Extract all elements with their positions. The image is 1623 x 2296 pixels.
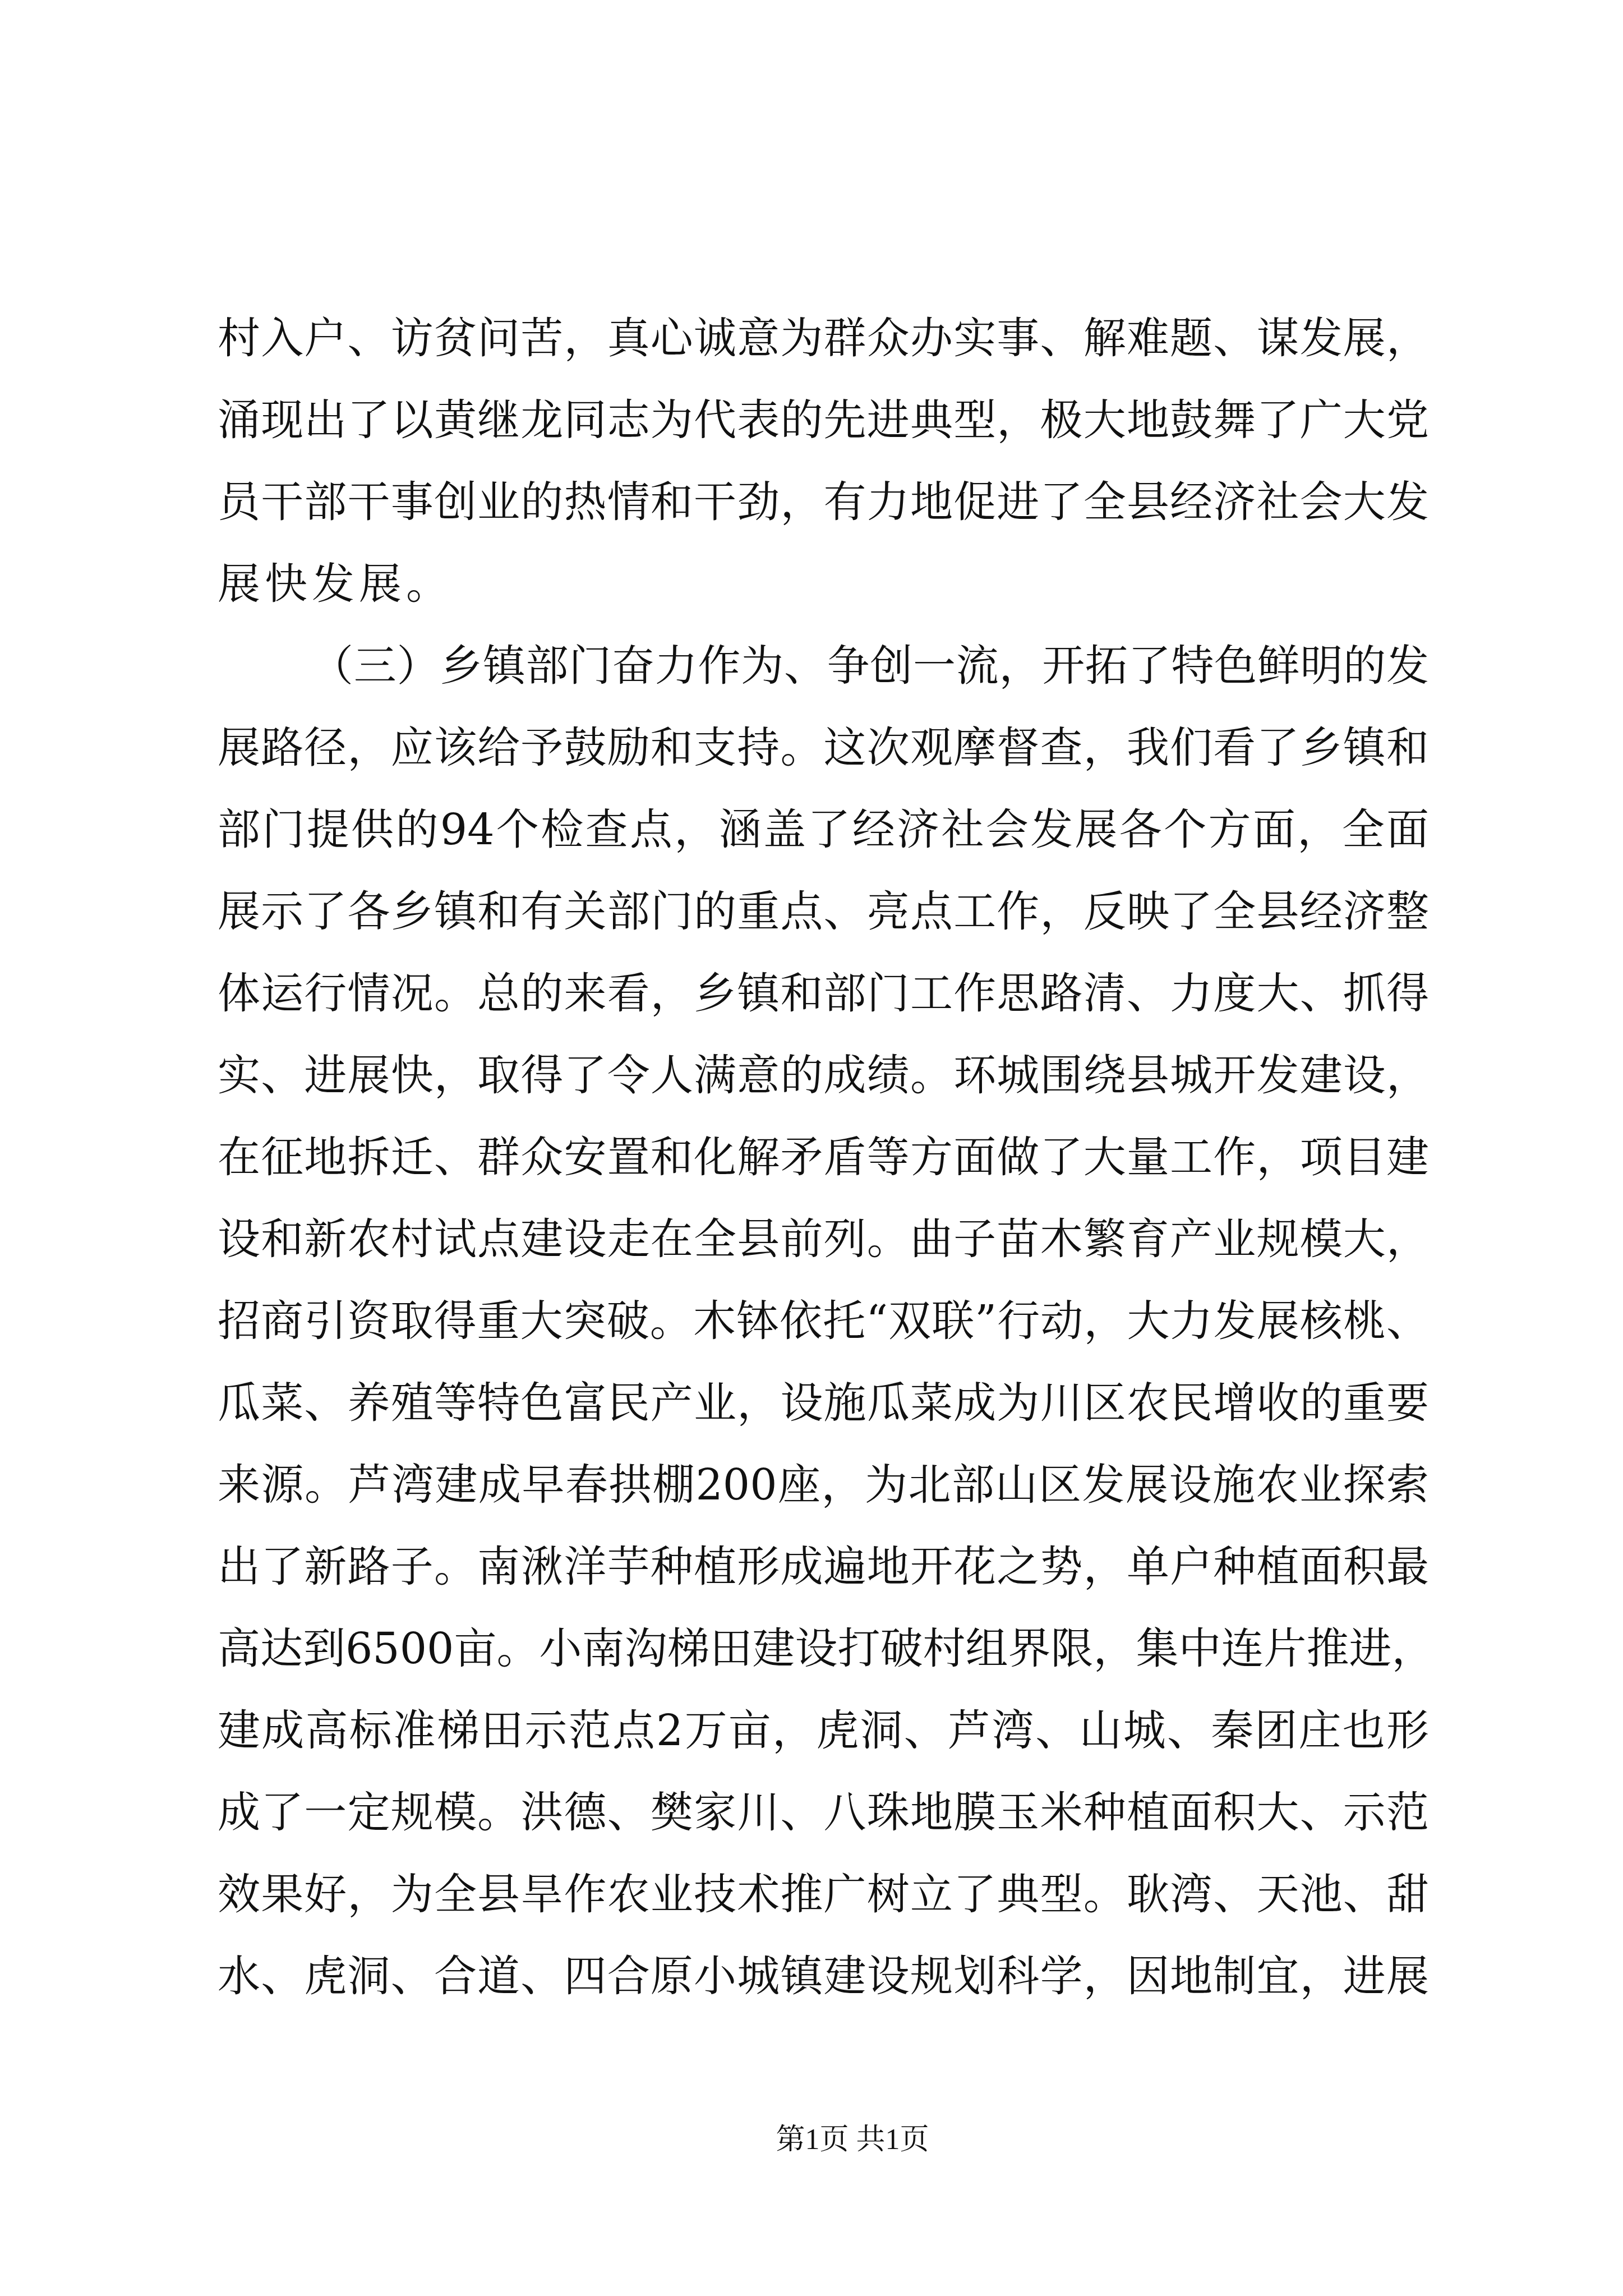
section-heading-line: （三）乡镇部门奋力作为、争创一流，开拓了特色鲜明的发 [218, 625, 1429, 707]
text-line: 出了新路子。南湫洋芋种植形成遍地开花之势，单户种植面积最 [218, 1526, 1429, 1608]
text-line: 村入户、访贫问苦，真心诚意为群众办实事、解难题、谋发展， [218, 297, 1429, 379]
text-line: 部门提供的94个检查点，涵盖了经济社会发展各个方面，全面 [218, 789, 1429, 871]
text-line: 展快发展。 [218, 543, 1429, 625]
text-line: 体运行情况。总的来看，乡镇和部门工作思路清、力度大、抓得 [218, 953, 1429, 1034]
text-line: 来源。芦湾建成早春拱棚200座，为北部山区发展设施农业探索 [218, 1444, 1429, 1526]
text-line: 招商引资取得重大突破。木钵依托“双联”行动，大力发展核桃、 [218, 1280, 1429, 1362]
text-line: 实、进展快，取得了令人满意的成绩。环城围绕县城开发建设， [218, 1034, 1429, 1116]
document-body: 村入户、访贫问苦，真心诚意为群众办实事、解难题、谋发展， 涌现出了以黄继龙同志为… [218, 297, 1429, 2017]
text-line: 设和新农村试点建设走在全县前列。曲子苗木繁育产业规模大， [218, 1198, 1429, 1280]
text-line: 高达到6500亩。小南沟梯田建设打破村组界限，集中连片推进， [218, 1608, 1429, 1690]
text-line: 成了一定规模。洪德、樊家川、八珠地膜玉米种植面积大、示范 [218, 1772, 1429, 1853]
text-line: 瓜菜、养殖等特色富民产业，设施瓜菜成为川区农民增收的重要 [218, 1362, 1429, 1444]
text-line: 员干部干事创业的热情和干劲，有力地促进了全县经济社会大发 [218, 461, 1429, 543]
text-line: 建成高标准梯田示范点2万亩，虎洞、芦湾、山城、秦团庄也形 [218, 1690, 1429, 1772]
page-number-footer: 第1页 共1页 [0, 2120, 1623, 2160]
text-line: 展示了各乡镇和有关部门的重点、亮点工作，反映了全县经济整 [218, 871, 1429, 953]
text-line: 在征地拆迁、群众安置和化解矛盾等方面做了大量工作，项目建 [218, 1116, 1429, 1198]
text-line: 展路径，应该给予鼓励和支持。这次观摩督查，我们看了乡镇和 [218, 707, 1429, 789]
text-line: 水、虎洞、合道、四合原小城镇建设规划科学，因地制宜，进展 [218, 1935, 1429, 2017]
document-page: 村入户、访贫问苦，真心诚意为群众办实事、解难题、谋发展， 涌现出了以黄继龙同志为… [0, 0, 1623, 2296]
text-line: 效果好，为全县旱作农业技术推广树立了典型。耿湾、天池、甜 [218, 1853, 1429, 1935]
text-line: 涌现出了以黄继龙同志为代表的先进典型，极大地鼓舞了广大党 [218, 379, 1429, 461]
